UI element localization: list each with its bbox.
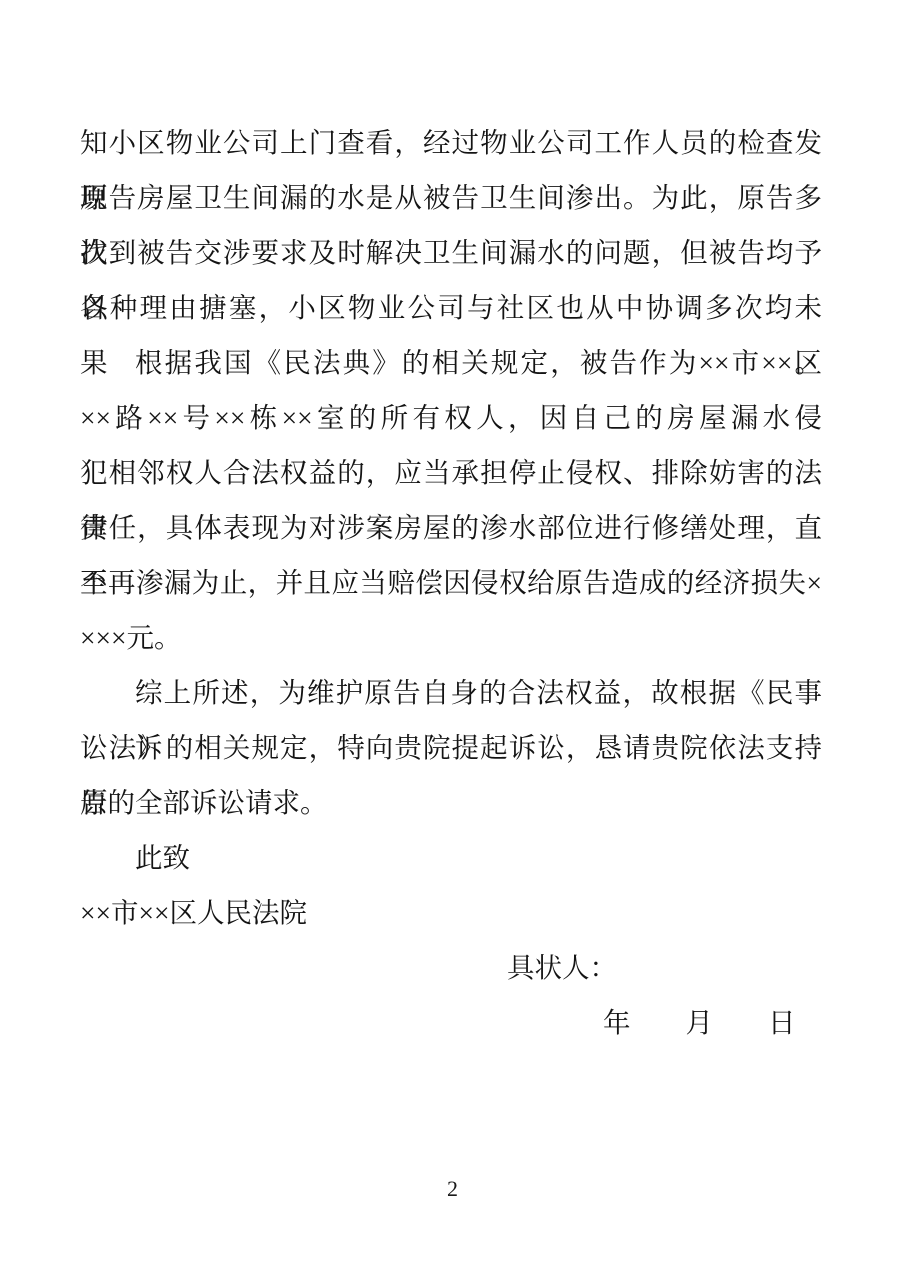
body-line: 不再渗漏为止，并且应当赔偿因侵权给原告造成的经济损失× — [80, 555, 822, 610]
body-line: 原告房屋卫生间漏的水是从被告卫生间渗出。为此，原告多次 — [80, 170, 822, 225]
body-line-paragraph-end: 告的全部诉讼请求。 — [80, 775, 822, 830]
body-line: 找到被告交涉要求及时解决卫生间漏水的问题，但被告均予以 — [80, 225, 822, 280]
body-line: 各种理由搪塞，小区物业公司与社区也从中协调多次均未果。 — [80, 280, 822, 335]
body-line: 知小区物业公司上门查看，经过物业公司工作人员的检查发现 — [80, 115, 822, 170]
signature-label: 具状人： — [80, 940, 822, 995]
closing-salute: 此致 — [80, 830, 822, 885]
document-page: 知小区物业公司上门查看，经过物业公司工作人员的检查发现 原告房屋卫生间漏的水是从… — [0, 0, 905, 1280]
date-line: 年 月 日 — [80, 995, 822, 1050]
body-line: 犯相邻权人合法权益的，应当承担停止侵权、排除妨害的法律 — [80, 445, 822, 500]
body-line: 责任，具体表现为对涉案房屋的渗水部位进行修缮处理，直至 — [80, 500, 822, 555]
body-line-paragraph-start: 综上所述，为维护原告自身的合法权益，故根据《民事诉 — [80, 665, 822, 720]
body-line: 讼法》的相关规定，特向贵院提起诉讼，恳请贵院依法支持原 — [80, 720, 822, 775]
page-number: 2 — [0, 1176, 905, 1202]
body-line-paragraph-start: 根据我国《民法典》的相关规定，被告作为××市××区 — [80, 335, 822, 390]
body-line-paragraph-end: ×××元。 — [80, 610, 822, 665]
document-body: 知小区物业公司上门查看，经过物业公司工作人员的检查发现 原告房屋卫生间漏的水是从… — [80, 115, 822, 1050]
body-line: ××路××号××栋××室的所有权人，因自己的房屋漏水侵 — [80, 390, 822, 445]
addressed-court: ××市××区人民法院 — [80, 885, 822, 940]
